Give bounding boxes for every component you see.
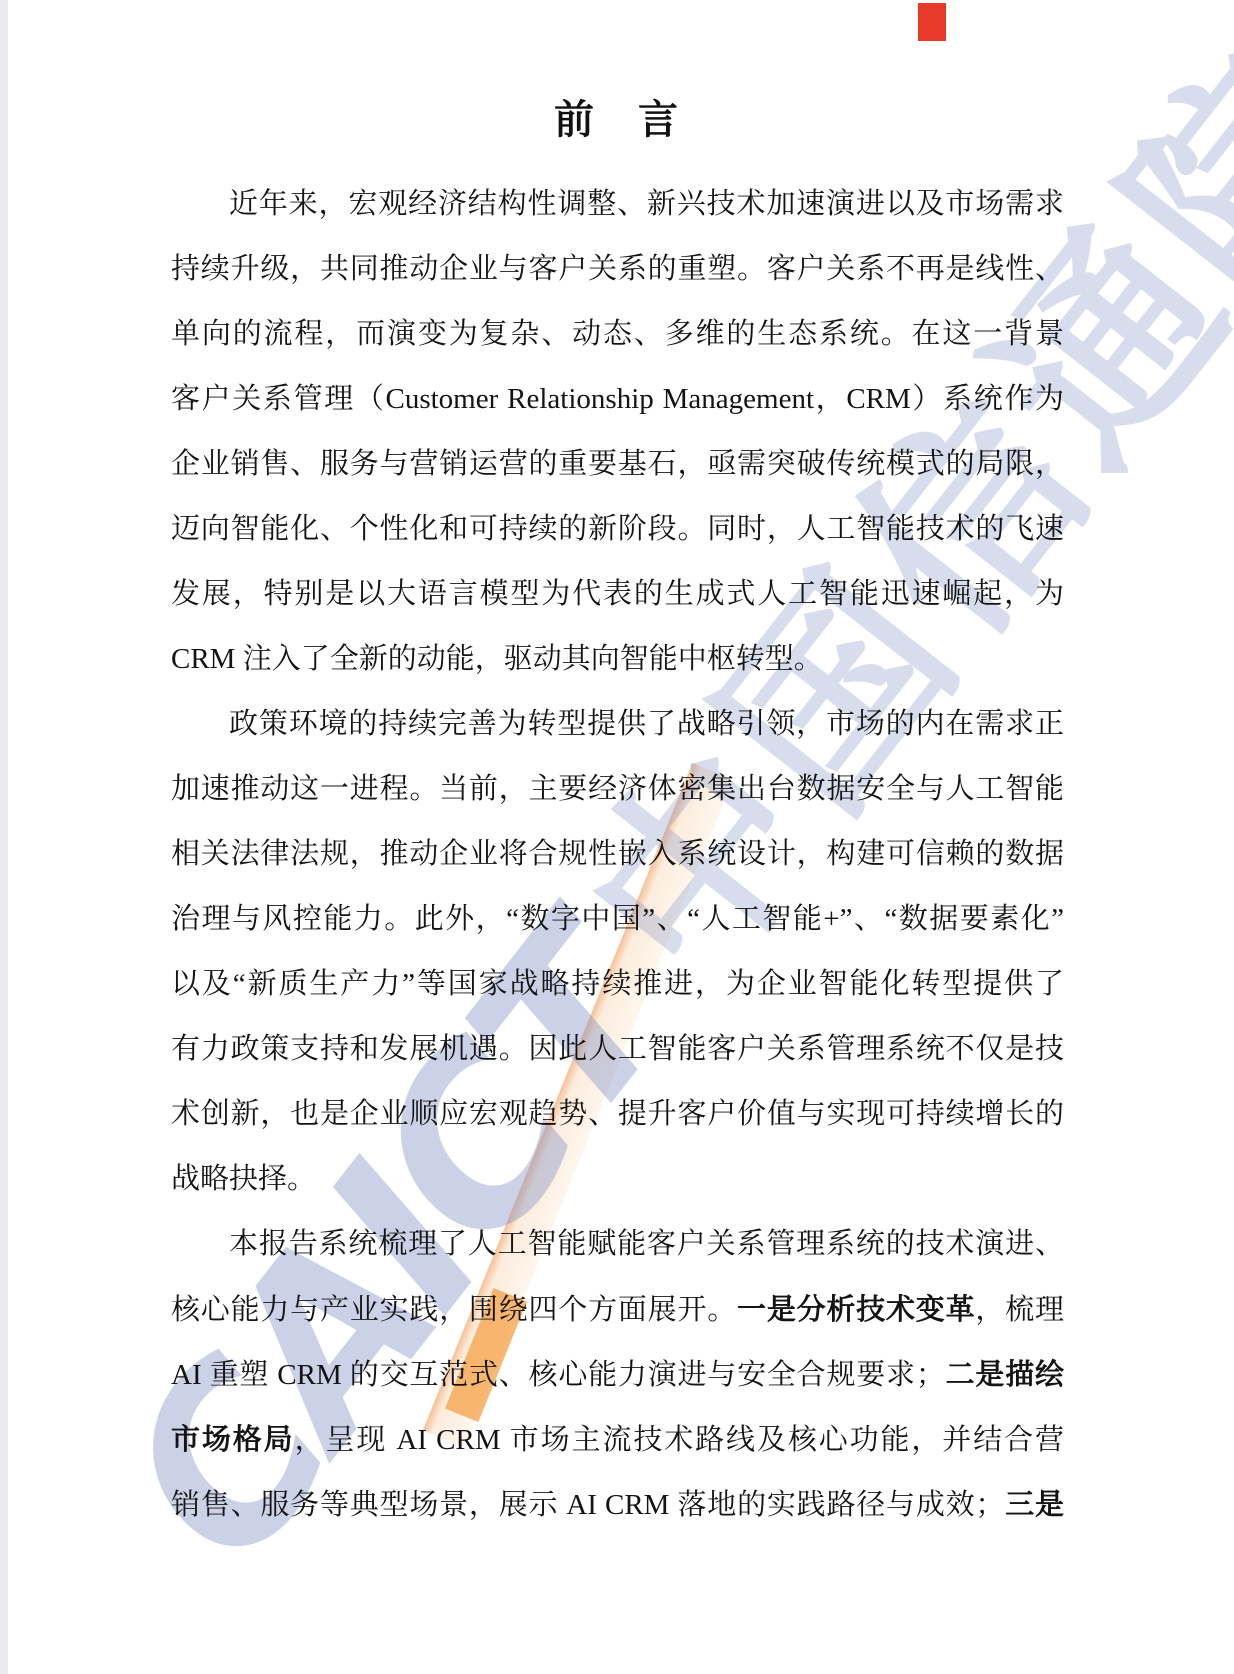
text-run: 有力政策支持和发展机遇。因此人工智能客户关系管理系统不仅是技 — [171, 1033, 1064, 1065]
text-run: AI 重塑 CRM 的交互范式、核心能力演进与安全合规要求； — [171, 1359, 945, 1391]
text-line: 战略抉择。 — [171, 1147, 1064, 1212]
text-run: 政策环境的持续完善为转型提供了战略引领，市场的内在需求正 — [229, 708, 1064, 740]
text-run: 核心能力与产业实践，围绕四个方面展开。 — [171, 1294, 737, 1326]
text-line: 相关法律法规，推动企业将合规性嵌入系统设计，构建可信赖的数据 — [171, 822, 1064, 887]
text-line: 市场格局，呈现 AI CRM 市场主流技术路线及核心功能，并结合营销、 — [171, 1407, 1064, 1472]
text-line: 客户关系管理（Customer Relationship Management，… — [171, 367, 1064, 432]
text-line: 销售、服务等典型场景，展示 AI CRM 落地的实践路径与成效；三是 — [171, 1472, 1064, 1537]
text-run: 迈向智能化、个性化和可持续的新阶段。同时，人工智能技术的飞速 — [171, 513, 1064, 545]
text-line: 核心能力与产业实践，围绕四个方面展开。一是分析技术变革，梳理 — [171, 1277, 1064, 1342]
text-run: 近年来，宏观经济结构性调整、新兴技术加速演进以及市场需求 — [229, 188, 1064, 220]
text-run: 企业销售、服务与营销运营的重要基石，亟需突破传统模式的局限， — [171, 448, 1064, 480]
text-line: AI 重塑 CRM 的交互范式、核心能力演进与安全合规要求；二是描绘 — [171, 1342, 1064, 1407]
text-line: 单向的流程，而演变为复杂、动态、多维的生态系统。在这一背景下， — [171, 302, 1064, 367]
page-title: 前 言 — [0, 88, 1234, 145]
annotation-mark — [918, 3, 946, 41]
text-line: 发展，特别是以大语言模型为代表的生成式人工智能迅速崛起，为 — [171, 562, 1064, 627]
document-page: CAICT中国信通院 前 言 近年来，宏观经济结构性调整、新兴技术加速演进以及市… — [0, 0, 1234, 1674]
text-run: 治理与风控能力。此外，“数字中国”、“人工智能+”、“数据要素化” — [171, 903, 1064, 935]
text-run: CRM 注入了全新的动能，驱动其向智能中枢转型。 — [171, 643, 823, 675]
text-line: 企业销售、服务与营销运营的重要基石，亟需突破传统模式的局限， — [171, 432, 1064, 497]
text-run: 持续升级，共同推动企业与客户关系的重塑。客户关系不再是线性、 — [171, 253, 1064, 285]
bold-text-run: 二是描绘 — [945, 1357, 1064, 1391]
text-line: 有力政策支持和发展机遇。因此人工智能客户关系管理系统不仅是技 — [171, 1017, 1064, 1082]
document-body: 近年来，宏观经济结构性调整、新兴技术加速演进以及市场需求持续升级，共同推动企业与… — [171, 172, 1064, 1537]
text-line: 以及“新质生产力”等国家战略持续推进，为企业智能化转型提供了 — [171, 952, 1064, 1017]
text-run: 销售、服务等典型场景，展示 AI CRM 落地的实践路径与成效； — [171, 1489, 1004, 1521]
text-run: 战略抉择。 — [171, 1163, 316, 1195]
text-line: 近年来，宏观经济结构性调整、新兴技术加速演进以及市场需求 — [171, 172, 1064, 237]
bold-text-run: 市场格局 — [171, 1422, 295, 1456]
text-run: 以及“新质生产力”等国家战略持续推进，为企业智能化转型提供了 — [171, 968, 1064, 1000]
text-line: CRM 注入了全新的动能，驱动其向智能中枢转型。 — [171, 627, 1064, 692]
text-line: 加速推动这一进程。当前，主要经济体密集出台数据安全与人工智能 — [171, 757, 1064, 822]
page-edge-strip — [0, 0, 8, 1674]
text-run: 加速推动这一进程。当前，主要经济体密集出台数据安全与人工智能 — [171, 773, 1064, 805]
bold-text-run: 一是分析技术变革 — [737, 1292, 975, 1326]
text-run: 单向的流程，而演变为复杂、动态、多维的生态系统。在这一背景下， — [171, 318, 1064, 367]
text-run: 发展，特别是以大语言模型为代表的生成式人工智能迅速崛起，为 — [171, 578, 1064, 610]
text-run: 术创新，也是企业顺应宏观趋势、提升客户价值与实现可持续增长的 — [171, 1098, 1064, 1130]
text-line: 持续升级，共同推动企业与客户关系的重塑。客户关系不再是线性、 — [171, 237, 1064, 302]
text-run: ，梳理 — [975, 1294, 1064, 1326]
text-run: 相关法律法规，推动企业将合规性嵌入系统设计，构建可信赖的数据 — [171, 838, 1064, 870]
text-line: 本报告系统梳理了人工智能赋能客户关系管理系统的技术演进、 — [171, 1212, 1064, 1277]
text-run: ，呈现 AI CRM 市场主流技术路线及核心功能，并结合营销、 — [171, 1424, 1064, 1472]
text-line: 迈向智能化、个性化和可持续的新阶段。同时，人工智能技术的飞速 — [171, 497, 1064, 562]
text-run: 本报告系统梳理了人工智能赋能客户关系管理系统的技术演进、 — [229, 1228, 1064, 1260]
text-line: 政策环境的持续完善为转型提供了战略引领，市场的内在需求正 — [171, 692, 1064, 757]
text-line: 治理与风控能力。此外，“数字中国”、“人工智能+”、“数据要素化” — [171, 887, 1064, 952]
bold-text-run: 三是 — [1004, 1487, 1064, 1521]
text-run: 客户关系管理（Customer Relationship Management，… — [171, 383, 1064, 415]
text-line: 术创新，也是企业顺应宏观趋势、提升客户价值与实现可持续增长的 — [171, 1082, 1064, 1147]
